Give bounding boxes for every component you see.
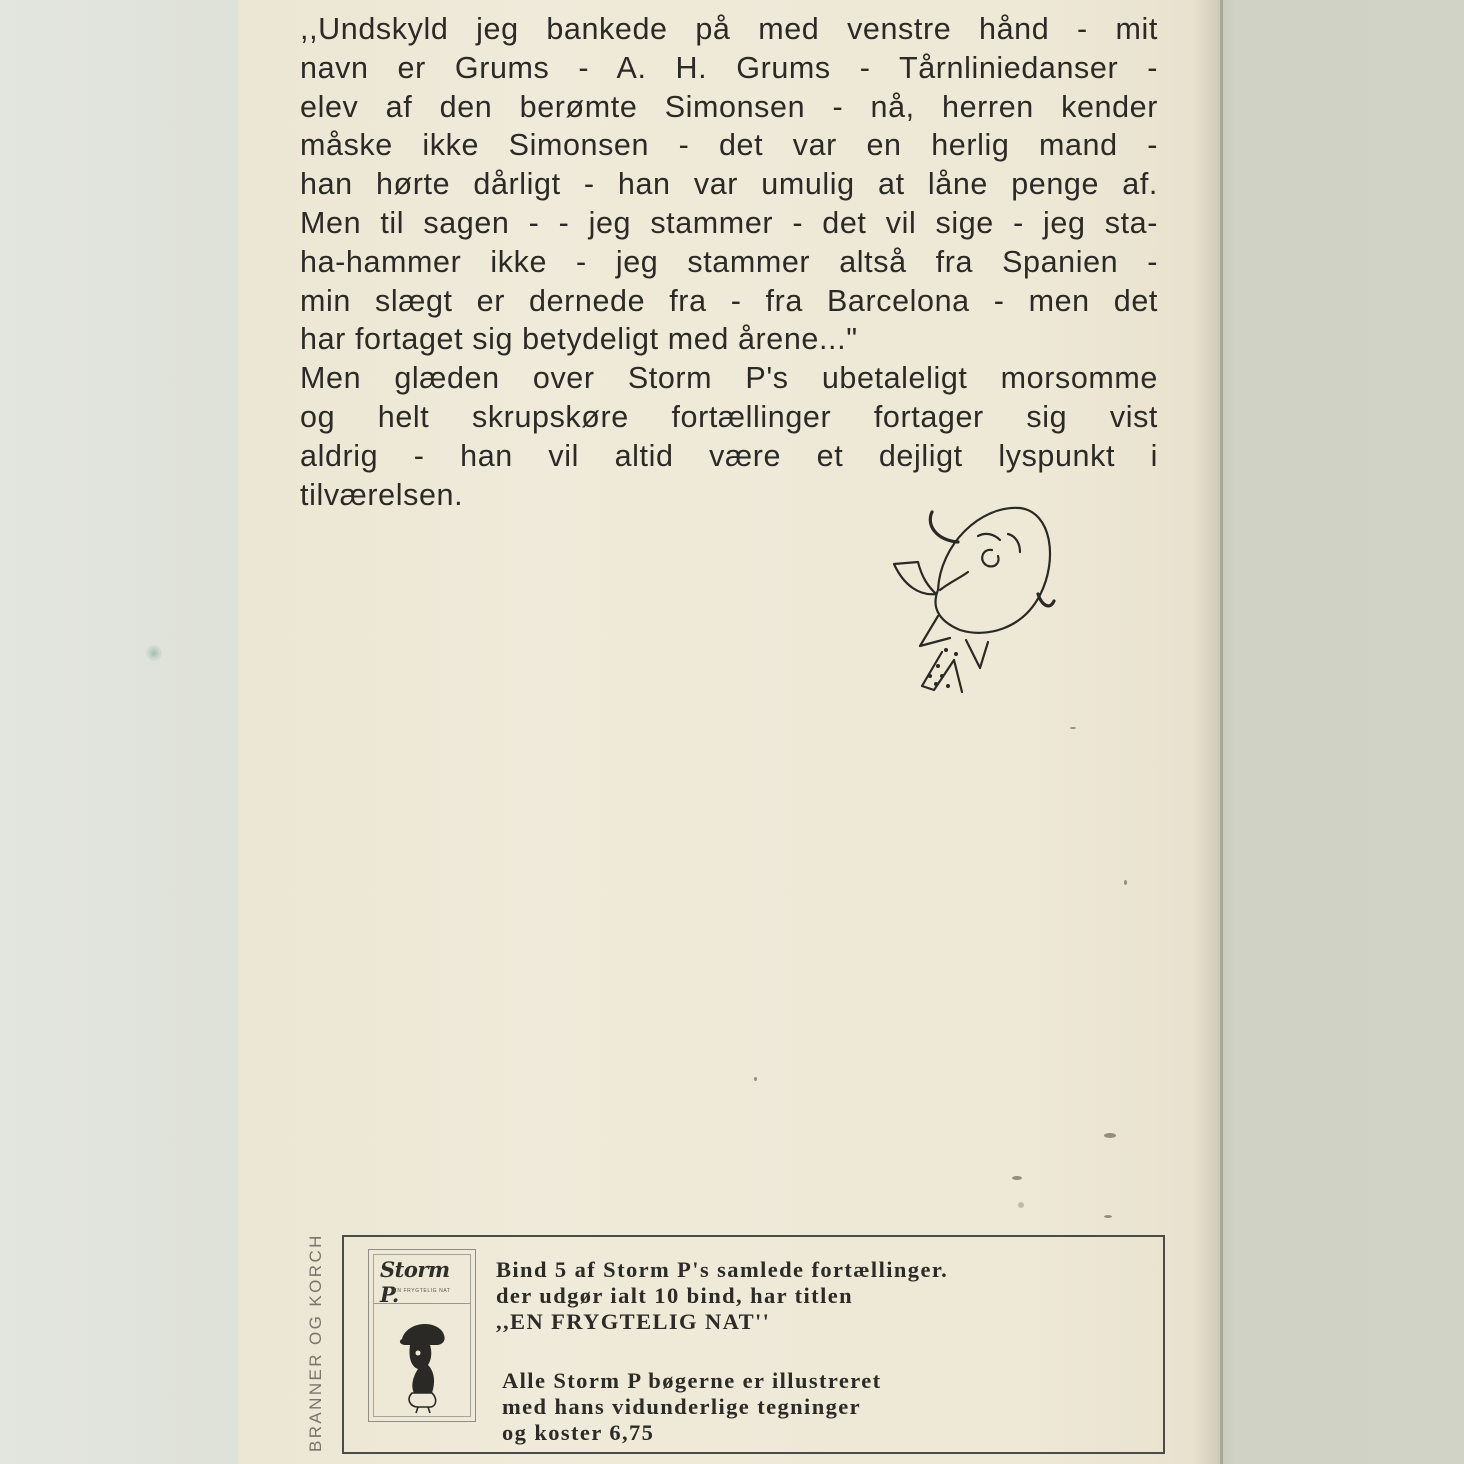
- advert-p1-line: der udgør ialt 10 bind, har titlen: [496, 1283, 948, 1309]
- blurb-line: elev af den berømte Simonsen - nå, herre…: [300, 88, 1158, 127]
- blurb-line: aldrig - han vil altid være et dejligt l…: [300, 437, 1158, 476]
- advert-paragraph-price: Alle Storm P bøgerne er illustreretmed h…: [502, 1368, 882, 1446]
- mini-book-cover: Storm P. EN FRYGTELIG NAT: [368, 1249, 476, 1422]
- blurb-line: og helt skrupskøre fortællinger fortager…: [300, 398, 1158, 437]
- background-surface-right: [1221, 0, 1464, 1464]
- blurb-line: ,,Undskyld jeg bankede på med venstre hå…: [300, 10, 1158, 49]
- advert-p1-line: Bind 5 af Storm P's samlede fortællinger…: [496, 1257, 948, 1283]
- advert-paragraph-volume: Bind 5 af Storm P's samlede fortællinger…: [496, 1257, 948, 1335]
- book-back-cover: ,,Undskyld jeg bankede på med venstre hå…: [238, 0, 1221, 1464]
- advert-p2-line: og koster 6,75: [502, 1420, 882, 1446]
- book-edge: [1220, 0, 1223, 1464]
- blurb-line: ha-hammer ikke - jeg stammer altså fra S…: [300, 243, 1158, 282]
- mini-cover-subtitle: EN FRYGTELIG NAT: [374, 1288, 470, 1294]
- paper-speck: [1070, 727, 1076, 729]
- surface-stain: [146, 645, 162, 661]
- paper-speck: [1104, 1215, 1112, 1218]
- paper-speck: [1018, 1202, 1024, 1208]
- caricature-man-with-pipe-icon: [870, 490, 1080, 710]
- blurb-line: han hørte dårligt - han var umulig at lå…: [300, 165, 1158, 204]
- blurb-line: har fortaget sig betydeligt med årene...…: [300, 320, 1158, 359]
- blurb-line: Men til sagen - - jeg stammer - det vil …: [300, 204, 1158, 243]
- blurb-line: min slægt er dernede fra - fra Barcelona…: [300, 282, 1158, 321]
- blurb-line: måske ikke Simonsen - det var en herlig …: [300, 126, 1158, 165]
- advert-p1-line: ,,EN FRYGTELIG NAT'': [496, 1309, 948, 1335]
- paper-speck: [1104, 1133, 1116, 1138]
- blurb-line: navn er Grums - A. H. Grums - Tårnlinied…: [300, 49, 1158, 88]
- paper-speck: [754, 1077, 757, 1081]
- advert-box: Storm P. EN FRYGTELIG NAT Bind 5 af Stor…: [342, 1235, 1165, 1454]
- advert-p2-line: Alle Storm P bøgerne er illustreret: [502, 1368, 882, 1394]
- blurb-text: ,,Undskyld jeg bankede på med venstre hå…: [300, 10, 1158, 514]
- storm-p-logo: Storm P.: [380, 1257, 470, 1307]
- paper-speck: [1012, 1176, 1022, 1180]
- advert-p2-line: med hans vidunderlige tegninger: [502, 1394, 882, 1420]
- paper-speck: [1124, 880, 1127, 885]
- publisher-name: BRANNER OG KORCH: [306, 1233, 326, 1452]
- blurb-line: Men glæden over Storm P's ubetaleligt mo…: [300, 359, 1158, 398]
- napoleon-figure-icon: [388, 1315, 458, 1415]
